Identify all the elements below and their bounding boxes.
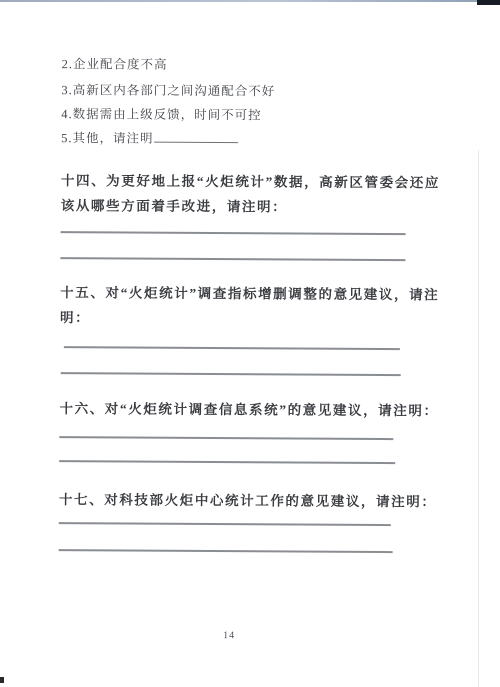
answer-line xyxy=(59,549,393,553)
fill-in-blank xyxy=(155,130,239,144)
question-15-line-2: 明： xyxy=(60,306,90,326)
answer-line xyxy=(59,436,393,440)
list-item-2: 2.企业配合度不高 xyxy=(62,54,168,73)
list-item-text: 3.高新区内各部门之间沟通配合不好 xyxy=(61,83,275,98)
question-17-line-1: 十七、对科技部火炬中心统计工作的意见建议，请注明： xyxy=(59,488,437,510)
answer-line xyxy=(60,257,405,261)
answer-line xyxy=(59,460,395,464)
question-14-line-1: 十四、为更好地上报“火炬统计”数据，高新区管委会还应 xyxy=(61,169,440,191)
answer-line xyxy=(59,522,391,526)
scanned-questionnaire-page: { "document": { "list_items": [ { "text"… xyxy=(0,0,500,687)
list-item-3: 3.高新区内各部门之间沟通配合不好 xyxy=(61,80,275,99)
list-item-text: 2.企业配合度不高 xyxy=(62,57,168,72)
answer-line xyxy=(61,231,406,235)
question-14-line-2: 该从哪些方面着手改进，请注明： xyxy=(61,194,288,215)
list-item-4: 4.数据需由上级反馈，时间不可控 xyxy=(61,104,261,123)
question-15-line-1: 十五、对“火炬统计”调查指标增删调整的意见建议，请注 xyxy=(60,281,439,303)
page-content: 2.企业配合度不高 3.高新区内各部门之间沟通配合不好 4.数据需由上级反馈，时… xyxy=(0,0,500,687)
list-item-text: 5.其他，请注明 xyxy=(61,131,153,146)
answer-line xyxy=(61,372,401,376)
question-16-line-1: 十六、对“火炬统计调查信息系统”的意见建议，请注明： xyxy=(59,397,438,419)
list-item-text: 4.数据需由上级反馈，时间不可控 xyxy=(61,107,261,122)
answer-line xyxy=(64,346,400,350)
list-item-5-other: 5.其他，请注明 xyxy=(61,128,238,147)
page-number: 14 xyxy=(0,629,462,643)
